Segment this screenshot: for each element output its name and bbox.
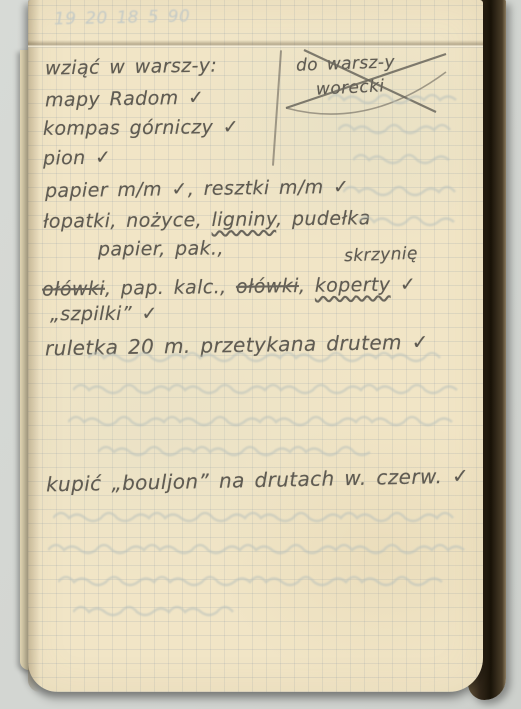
page-left-shadow xyxy=(28,0,40,692)
list-item: pion ✓ xyxy=(43,146,112,169)
list-item: ołówki, pap. kalc., ołówki, koperty ✓ xyxy=(42,273,417,300)
struck-word: ołówki xyxy=(42,278,105,301)
list-title: wziąć w warsz-y: xyxy=(45,54,218,79)
list-item-right-word: skrzynię xyxy=(344,244,418,267)
column-divider-stroke xyxy=(272,50,282,166)
underlined-word: koperty xyxy=(315,274,391,297)
bottom-note: kupić „bouljon” na drutach w. czerw. ✓ xyxy=(46,464,470,497)
faint-top-numbers: 19 20 18 5 90 xyxy=(54,7,191,30)
scan-background: 19 20 18 5 90 wziąć w warsz-y: do warsz-… xyxy=(0,0,521,709)
list-item: ruletka 20 m. przetykana drutem ✓ xyxy=(45,330,429,361)
underlined-word: ligniny xyxy=(211,208,276,231)
check-mark: ✓ xyxy=(390,273,416,295)
item-text: , pap. kalc., xyxy=(105,276,236,300)
item-text: , xyxy=(299,275,315,297)
bleedthrough-line xyxy=(353,152,461,170)
bleedthrough-line xyxy=(358,214,458,232)
crossed-note-line2: worecki xyxy=(316,76,385,100)
bleedthrough-line xyxy=(53,510,461,528)
list-item: łopatki, nożyce, ligniny, pudełka xyxy=(43,207,371,232)
bleedthrough-line xyxy=(98,444,378,462)
bleedthrough-line xyxy=(73,382,465,400)
list-item: mapy Radom ✓ xyxy=(45,87,205,112)
notebook-page: 19 20 18 5 90 wziąć w warsz-y: do warsz-… xyxy=(28,0,483,692)
bleedthrough-line xyxy=(338,122,456,140)
list-item-indented: papier, pak., xyxy=(98,237,224,260)
bleedthrough-line xyxy=(343,184,461,202)
list-item: „szpilki” ✓ xyxy=(50,303,158,326)
bleedthrough-line xyxy=(48,542,468,560)
bleedthrough-line xyxy=(68,414,468,432)
list-item: papier m/m ✓, resztki m/m ✓ xyxy=(45,176,350,202)
item-text: łopatki, nożyce, xyxy=(43,209,212,233)
list-item: kompas górniczy ✓ xyxy=(43,116,239,140)
item-text: , pudełka xyxy=(276,207,371,230)
bleedthrough-line xyxy=(73,604,241,622)
struck-word: ołówki xyxy=(236,275,299,298)
bleedthrough-line xyxy=(58,574,446,592)
horizontal-crease xyxy=(28,40,483,48)
crossed-note-line1: do warsz-y xyxy=(296,52,396,75)
